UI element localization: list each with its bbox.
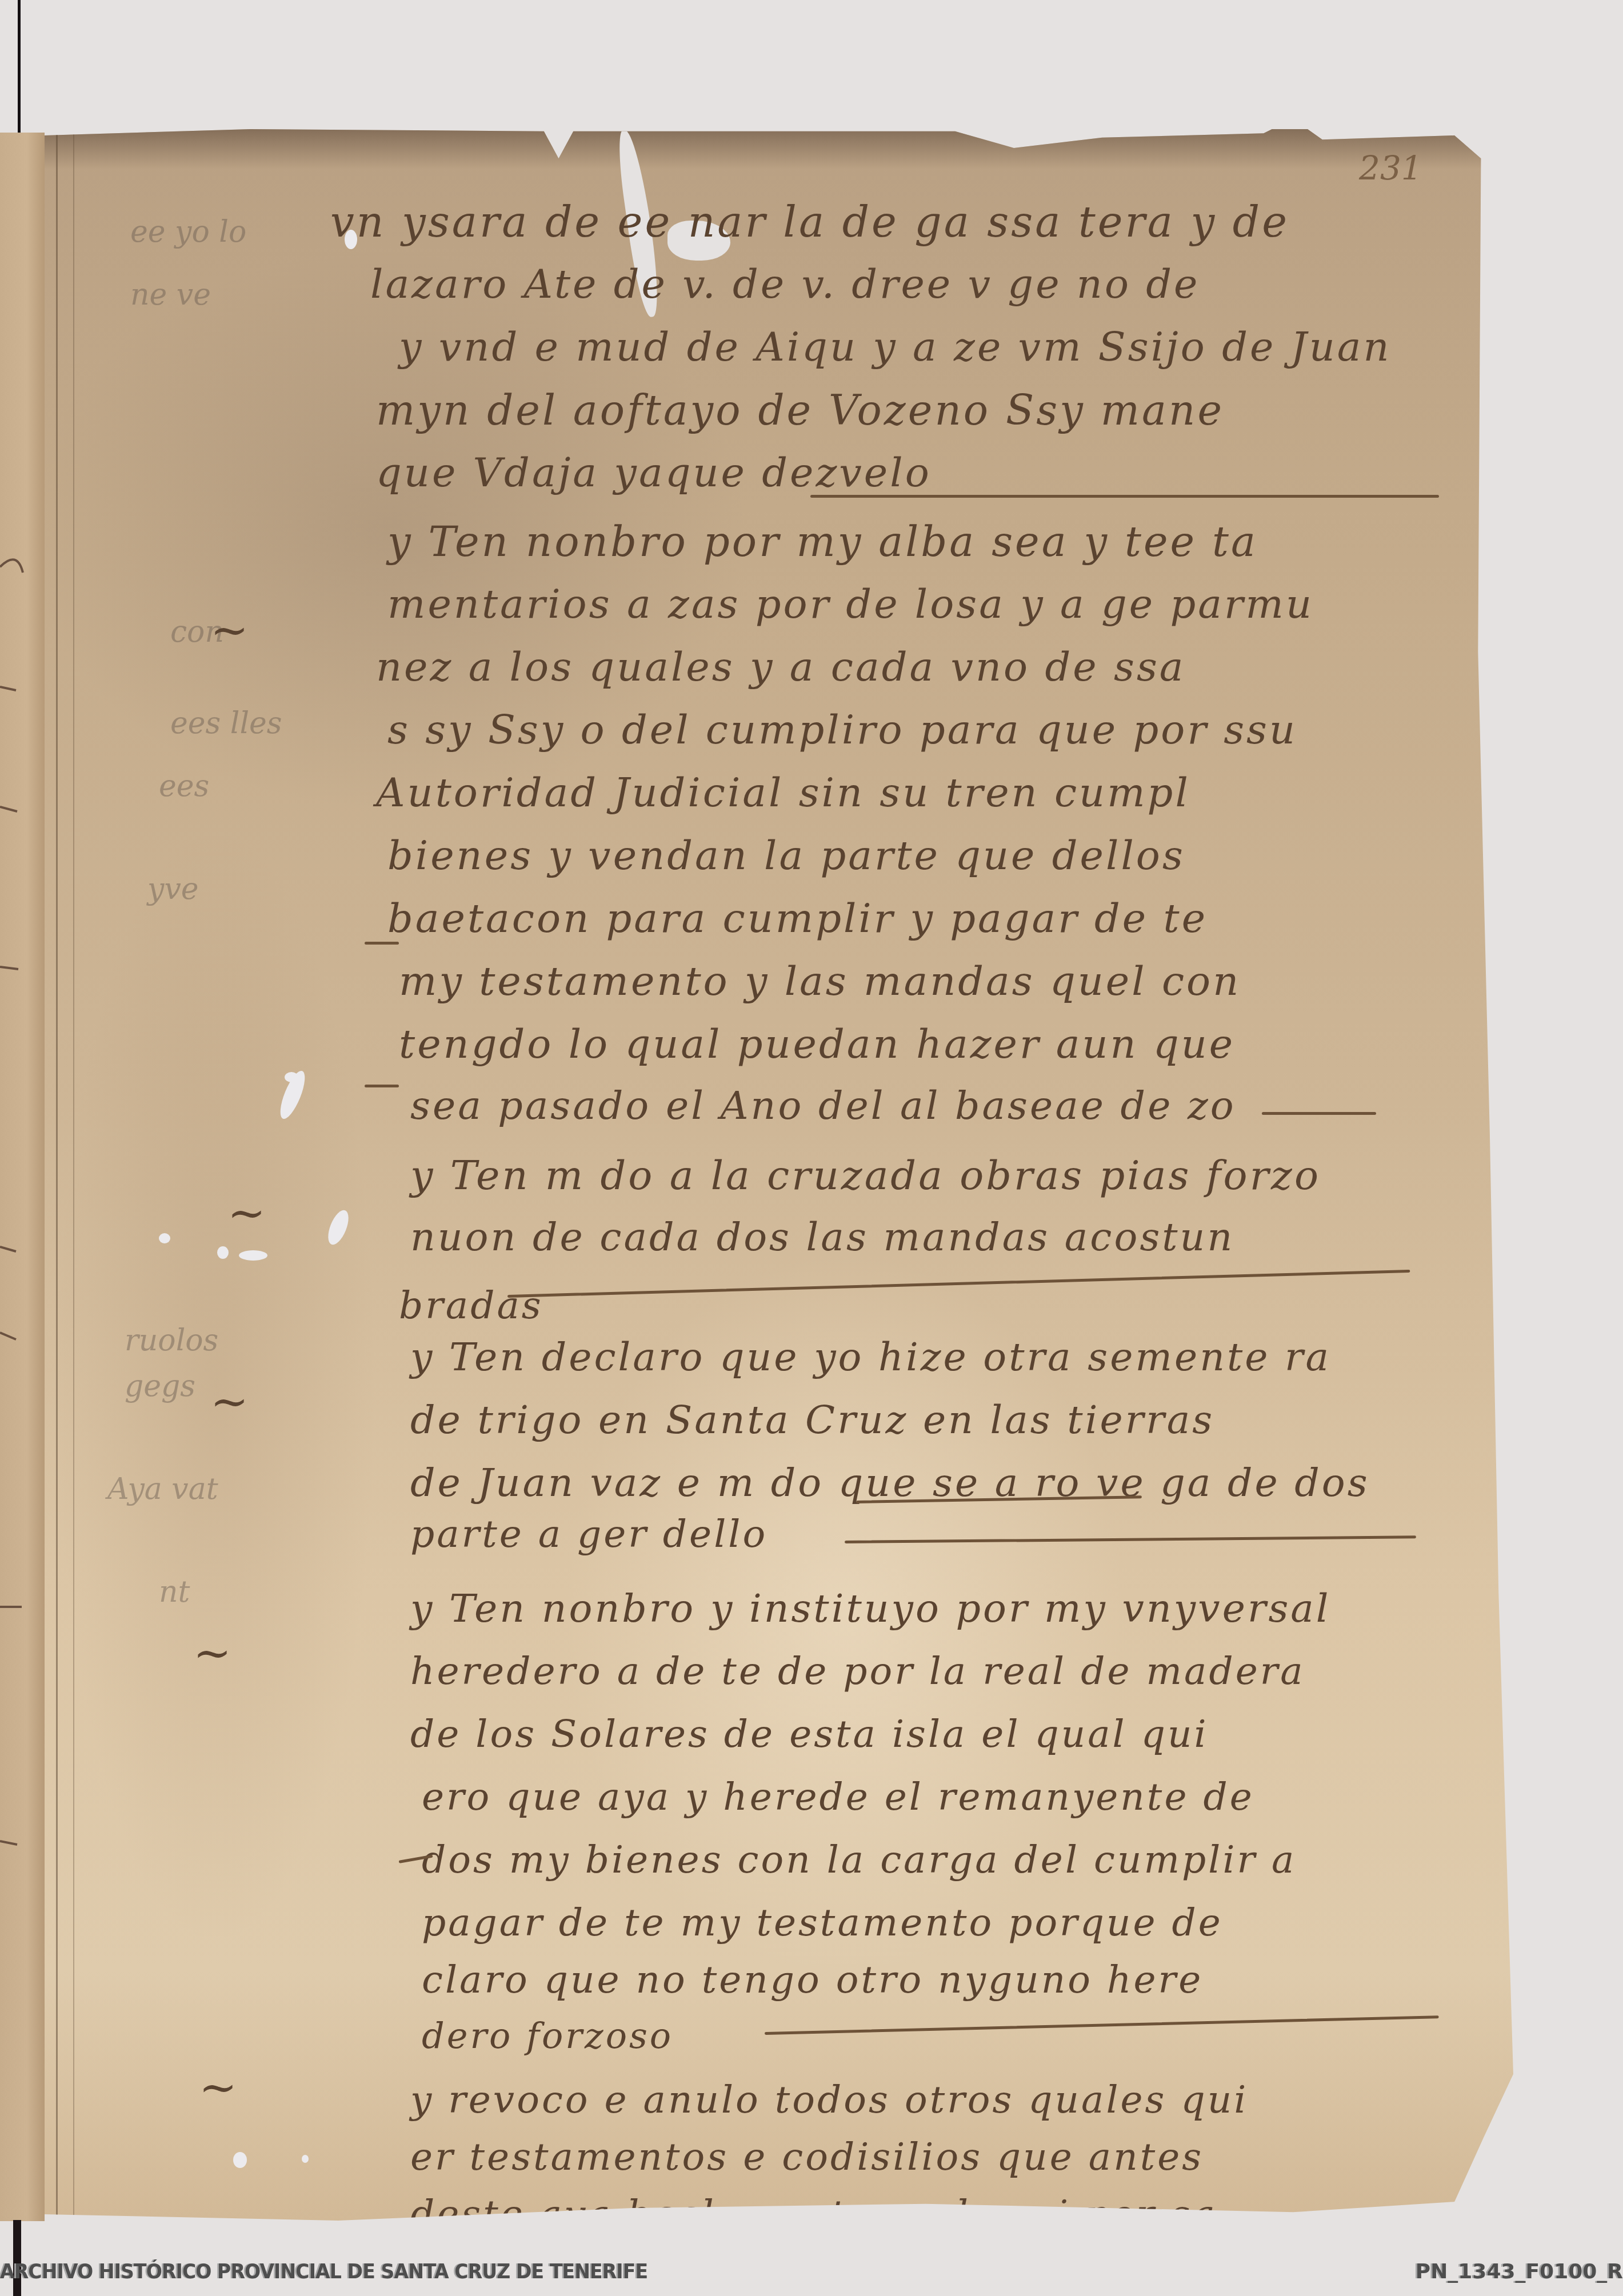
line-filler-stroke [365,1085,399,1087]
reference-code-label: PN_1343_F0100_R [1416,2260,1623,2283]
manuscript-line: dero forzoso [422,2015,673,2057]
manuscript-line: er testamentos e codisilios que antes [410,2135,1204,2179]
archive-name-label: ARCHIVO HISTÓRICO PROVINCIAL DE SANTA CR… [0,2260,647,2283]
manuscript-line: tengdo lo qual puedan hazer aun que [399,1021,1235,1067]
facing-page-edge [0,133,45,2221]
line-filler-stroke [1262,1112,1376,1115]
manuscript-line: y Ten declaro que yo hize otra semente r… [410,1335,1331,1380]
manuscript-line: sea pasado el Ano del al baseae de zo [410,1083,1236,1129]
manuscript-line: que Vdaja yaque dezvelo [376,449,932,496]
manuscript-line: bradas [399,1283,543,1327]
manuscript-line: y vnd e mud de Aiqu y a ze vm Ssijo de J… [399,323,1392,370]
manuscript-line: mentarios a zas por de losa y a ge parmu [387,581,1314,627]
manuscript-line: pagar de te my testamento porque de [422,1901,1223,1945]
manuscript-line: vn ysara de ee nar la de ga ssa tera y d… [330,198,1289,247]
manuscript-line: nez a los quales y a cada vno de ssa [376,643,1186,690]
manuscript-text: vn ysara de ee nar la de ga ssa tera y d… [45,129,1513,2221]
manuscript-line: Autoridad Judicial sin su tren cumpl [376,769,1190,816]
manuscript-line: baetacon para cumplir y pagar de te [387,895,1208,942]
manuscript-line: y Ten nonbro por my alba sea y tee ta [387,518,1258,566]
line-filler-stroke [765,2015,1439,2035]
manuscript-line: s sy Ssy o del cumpliro para que por ssu [387,706,1297,753]
facing-page-ink-marks [0,133,45,2221]
binding-edge-top [18,0,21,133]
manuscript-line: heredero a de te de por la real de mader… [410,1649,1305,1693]
manuscript-line: y Ten nonbro y instituyo por my vnyversa… [410,1586,1331,1631]
line-filler-stroke [365,942,399,945]
manuscript-line: dos my bienes con la carga del cumplir a [422,1838,1296,1882]
binding-edge-bottom [13,2220,21,2296]
manuscript-folio: 231 ee yo lo ne ve con ees lles ees yve … [45,129,1513,2221]
manuscript-line: nuon de cada dos las mandas acostun [410,1215,1234,1260]
manuscript-line: y Ten m do a la cruzada obras pias forzo [410,1152,1321,1199]
manuscript-line: my testamento y las mandas quel con [399,958,1241,1005]
manuscript-line: de los Solares de esta isla el qual qui [410,1712,1209,1756]
manuscript-line: parte a ger dello [410,1512,767,1556]
manuscript-line: bienes y vendan la parte que dellos [387,832,1185,879]
line-filler-stroke [507,1270,1410,1298]
manuscript-line: ero que aya y herede el remanyente de [422,1775,1254,1819]
manuscript-line: deste aya hecho y otorgado asi por sa [410,2192,1217,2236]
manuscript-line: claro que no tengo otro nyguno here [422,1958,1203,2002]
manuscript-line: de Juan vaz e m do que se a ro ve ga de … [410,1461,1370,1506]
manuscript-line: myn del aoftayo de Vozeno Ssy mane [376,386,1224,434]
line-filler-stroke [810,495,1439,498]
manuscript-line: y revoco e anulo todos otros quales qui [410,2078,1248,2122]
manuscript-line: lazaro Ate de v. de v. dree v ge no de [370,261,1200,307]
manuscript-line: de trigo en Santa Cruz en las tierras [410,1398,1214,1443]
line-filler-stroke [845,1535,1416,1543]
